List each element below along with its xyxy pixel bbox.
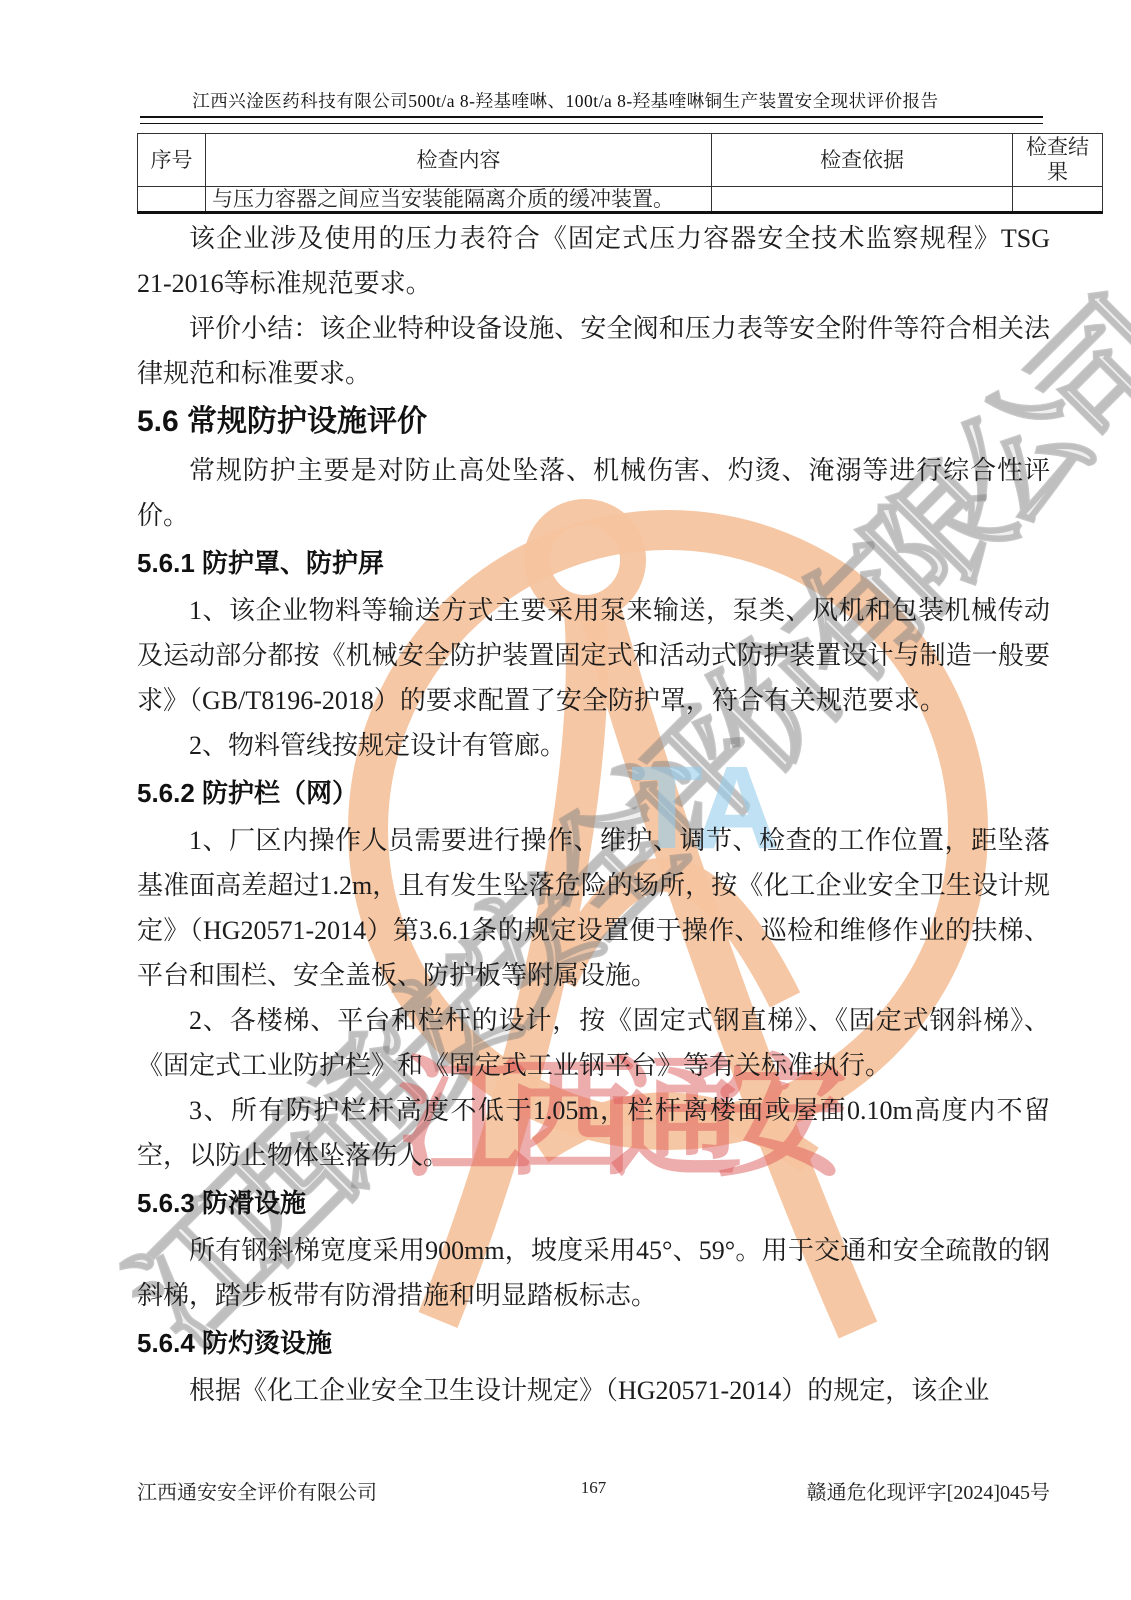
paragraph: 评价小结：该企业特种设备设施、安全阀和压力表等安全附件等符合相关法律规范和标准要… xyxy=(137,306,1050,396)
report-page: 江西兴淦医药科技有限公司500t/a 8-羟基喹啉、100t/a 8-羟基喹啉铜… xyxy=(0,0,1131,1600)
subsection-heading: 5.6.2 防护栏（网） xyxy=(137,768,1050,818)
paragraph: 3、所有防护栏杆高度不低于1.05m，栏杆离楼面或屋面0.10m高度内不留空，以… xyxy=(137,1088,1050,1178)
paragraph: 2、物料管线按规定设计有管廊。 xyxy=(137,723,1050,768)
column-header-seq: 序号 xyxy=(138,134,206,187)
paragraph: 该企业涉及使用的压力表符合《固定式压力容器安全技术监察规程》TSG 21-201… xyxy=(137,216,1050,306)
table-header-row: 序号 检查内容 检查依据 检查结果 xyxy=(138,134,1103,187)
column-header-basis: 检查依据 xyxy=(712,134,1013,187)
body-content: 该企业涉及使用的压力表符合《固定式压力容器安全技术监察规程》TSG 21-201… xyxy=(137,216,1050,1413)
inspection-table: 序号 检查内容 检查依据 检查结果 与压力容器之间应当安装能隔离介质的缓冲装置。 xyxy=(137,133,1103,214)
paragraph: 所有钢斜梯宽度采用900mm，坡度采用45°、59°。用于交通和安全疏散的钢斜梯… xyxy=(137,1228,1050,1318)
header-divider xyxy=(140,116,1043,124)
subsection-heading: 5.6.4 防灼烫设施 xyxy=(137,1318,1050,1368)
column-header-result: 检查结果 xyxy=(1013,134,1103,187)
section-heading: 5.6 常规防护设施评价 xyxy=(137,396,1050,448)
paragraph: 2、各楼梯、平台和栏杆的设计，按《固定式钢直梯》、《固定式钢斜梯》、《固定式工业… xyxy=(137,998,1050,1088)
paragraph: 常规防护主要是对防止高处坠落、机械伤害、灼烫、淹溺等进行综合性评价。 xyxy=(137,448,1050,538)
footer-doc-number: 赣通危化现评字[2024]045号 xyxy=(807,1476,1050,1505)
subsection-heading: 5.6.1 防护罩、防护屏 xyxy=(137,538,1050,588)
paragraph: 根据《化工企业安全卫生设计规定》（HG20571-2014）的规定，该企业 xyxy=(137,1368,1050,1413)
column-header-content: 检查内容 xyxy=(206,134,712,187)
cell-result xyxy=(1013,187,1103,213)
footer-company: 江西通安安全评价有限公司 xyxy=(137,1476,377,1505)
page-footer: 167 江西通安安全评价有限公司 赣通危化现评字[2024]045号 xyxy=(137,1476,1050,1504)
subsection-heading: 5.6.3 防滑设施 xyxy=(137,1178,1050,1228)
cell-basis xyxy=(712,187,1013,213)
paragraph: 1、该企业物料等输送方式主要采用泵来输送，泵类、风机和包装机械传动及运动部分都按… xyxy=(137,588,1050,723)
cell-content: 与压力容器之间应当安装能隔离介质的缓冲装置。 xyxy=(206,187,712,213)
paragraph: 1、厂区内操作人员需要进行操作、维护、调节、检查的工作位置，距坠落基准面高差超过… xyxy=(137,818,1050,998)
cell-seq xyxy=(138,187,206,213)
table-row: 与压力容器之间应当安装能隔离介质的缓冲装置。 xyxy=(138,187,1103,213)
running-header-title: 江西兴淦医药科技有限公司500t/a 8-羟基喹啉、100t/a 8-羟基喹啉铜… xyxy=(75,88,1056,113)
